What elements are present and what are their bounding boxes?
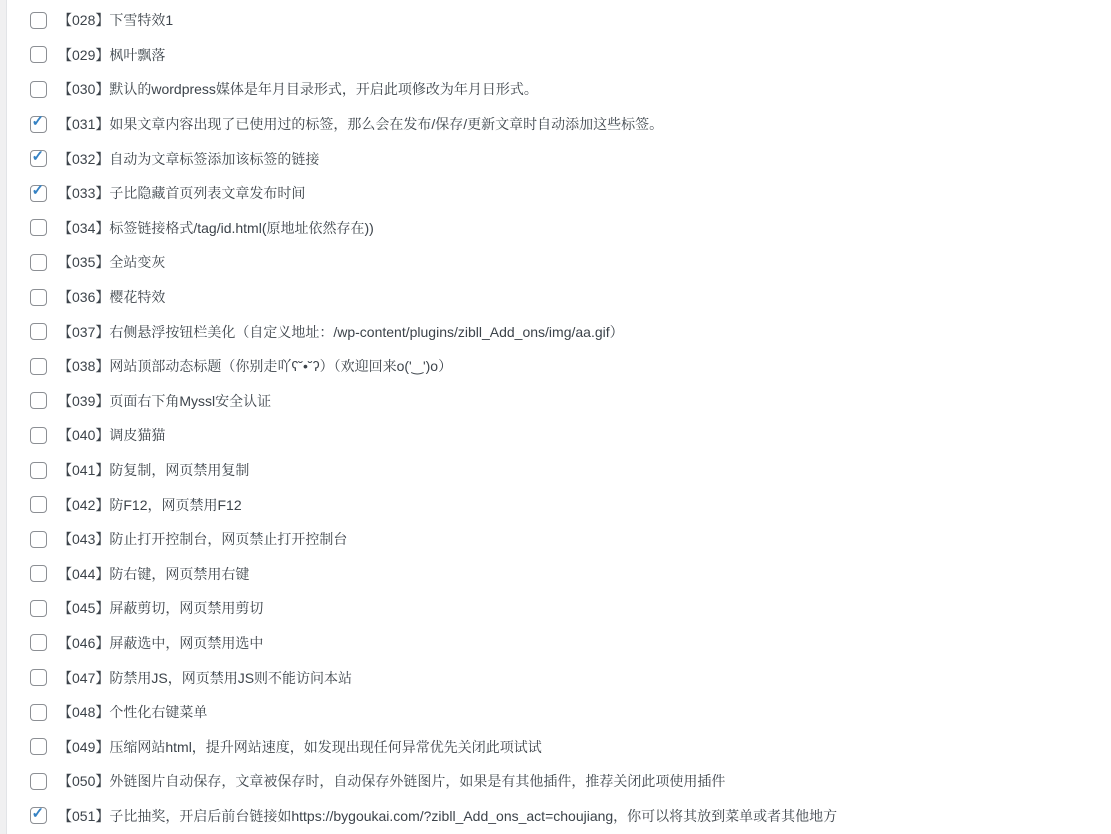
option-row: 【035】全站变灰 (8, 245, 1111, 280)
option-row: 【037】右侧悬浮按钮栏美化（自定义地址：/wp-content/plugins… (8, 314, 1111, 349)
option-row: 【040】调皮猫猫 (8, 418, 1111, 453)
option-row: 【029】枫叶飘落 (8, 38, 1111, 73)
option-label: 【042】防F12，网页禁用F12 (58, 495, 242, 515)
option-row: 【033】子比隐藏首页列表文章发布时间 (8, 176, 1111, 211)
option-checkbox[interactable] (30, 392, 47, 409)
option-checkbox[interactable] (30, 254, 47, 271)
option-label: 【032】自动为文章标签添加该标签的链接 (58, 149, 319, 169)
option-row: 【046】屏蔽选中，网页禁用选中 (8, 626, 1111, 661)
option-row: 【042】防F12，网页禁用F12 (8, 487, 1111, 522)
option-checkbox[interactable] (30, 427, 47, 444)
option-label: 【029】枫叶飘落 (58, 45, 165, 65)
option-label: 【038】网站顶部动态标题（你别走吖ʕ˘•˘ʔ）（欢迎回来o('‿')o） (58, 356, 452, 376)
option-row: 【032】自动为文章标签添加该标签的链接 (8, 141, 1111, 176)
option-checkbox[interactable] (30, 185, 47, 202)
option-checkbox[interactable] (30, 219, 47, 236)
option-row: 【049】压缩网站html，提升网站速度，如发现出现任何异常优先关闭此项试试 (8, 729, 1111, 764)
option-row: 【028】下雪特效1 (8, 3, 1111, 38)
option-label: 【033】子比隐藏首页列表文章发布时间 (58, 183, 305, 203)
option-checkbox[interactable] (30, 150, 47, 167)
option-label: 【039】页面右下角Myssl安全认证 (58, 391, 271, 411)
option-row: 【043】防止打开控制台，网页禁止打开控制台 (8, 522, 1111, 557)
option-row: 【031】如果文章内容出现了已使用过的标签，那么会在发布/保存/更新文章时自动添… (8, 107, 1111, 142)
option-checkbox[interactable] (30, 738, 47, 755)
option-label: 【045】屏蔽剪切，网页禁用剪切 (58, 598, 263, 618)
option-checkbox[interactable] (30, 773, 47, 790)
option-label: 【044】防右键，网页禁用右键 (58, 564, 249, 584)
option-row: 【036】樱花特效 (8, 280, 1111, 315)
option-label: 【028】下雪特效1 (58, 10, 173, 30)
option-row: 【041】防复制，网页禁用复制 (8, 453, 1111, 488)
option-checkbox[interactable] (30, 565, 47, 582)
option-checkbox[interactable] (30, 81, 47, 98)
option-label: 【036】樱花特效 (58, 287, 165, 307)
option-label: 【035】全站变灰 (58, 252, 165, 272)
option-checkbox[interactable] (30, 46, 47, 63)
option-checkbox[interactable] (30, 600, 47, 617)
option-label: 【043】防止打开控制台，网页禁止打开控制台 (58, 529, 347, 549)
option-checkbox[interactable] (30, 634, 47, 651)
option-label: 【037】右侧悬浮按钮栏美化（自定义地址：/wp-content/plugins… (58, 322, 624, 342)
option-row: 【044】防右键，网页禁用右键 (8, 557, 1111, 592)
option-row: 【048】个性化右键菜单 (8, 695, 1111, 730)
option-row: 【038】网站顶部动态标题（你别走吖ʕ˘•˘ʔ）（欢迎回来o('‿')o） (8, 349, 1111, 384)
option-checkbox[interactable] (30, 531, 47, 548)
option-checkbox[interactable] (30, 116, 47, 133)
option-row: 【047】防禁用JS，网页禁用JS则不能访问本站 (8, 660, 1111, 695)
option-checkbox[interactable] (30, 323, 47, 340)
options-checklist: 【028】下雪特效1 【029】枫叶飘落 【030】默认的wordpress媒体… (8, 3, 1111, 833)
option-checkbox[interactable] (30, 462, 47, 479)
option-label: 【051】子比抽奖，开启后前台链接如https://bygoukai.com/?… (58, 806, 837, 826)
option-checkbox[interactable] (30, 807, 47, 824)
option-row: 【051】子比抽奖，开启后前台链接如https://bygoukai.com/?… (8, 799, 1111, 834)
option-label: 【050】外链图片自动保存，文章被保存时，自动保存外链图片，如果是有其他插件，推… (58, 771, 725, 791)
option-label: 【047】防禁用JS，网页禁用JS则不能访问本站 (58, 668, 352, 688)
option-label: 【034】标签链接格式/tag/id.html(原地址依然存在)) (58, 218, 374, 238)
option-label: 【046】屏蔽选中，网页禁用选中 (58, 633, 263, 653)
option-row: 【030】默认的wordpress媒体是年月目录形式，开启此项修改为年月日形式。 (8, 72, 1111, 107)
option-label: 【041】防复制，网页禁用复制 (58, 460, 249, 480)
option-label: 【048】个性化右键菜单 (58, 702, 207, 722)
option-checkbox[interactable] (30, 704, 47, 721)
option-row: 【034】标签链接格式/tag/id.html(原地址依然存在)) (8, 211, 1111, 246)
option-checkbox[interactable] (30, 289, 47, 306)
option-checkbox[interactable] (30, 496, 47, 513)
admin-page-left-edge (0, 0, 7, 834)
option-checkbox[interactable] (30, 12, 47, 29)
option-label: 【031】如果文章内容出现了已使用过的标签，那么会在发布/保存/更新文章时自动添… (58, 114, 663, 134)
option-label: 【030】默认的wordpress媒体是年月目录形式，开启此项修改为年月日形式。 (58, 79, 538, 99)
option-label: 【040】调皮猫猫 (58, 425, 165, 445)
option-row: 【039】页面右下角Myssl安全认证 (8, 384, 1111, 419)
option-row: 【050】外链图片自动保存，文章被保存时，自动保存外链图片，如果是有其他插件，推… (8, 764, 1111, 799)
option-checkbox[interactable] (30, 358, 47, 375)
option-checkbox[interactable] (30, 669, 47, 686)
option-label: 【049】压缩网站html，提升网站速度，如发现出现任何异常优先关闭此项试试 (58, 737, 542, 757)
option-row: 【045】屏蔽剪切，网页禁用剪切 (8, 591, 1111, 626)
